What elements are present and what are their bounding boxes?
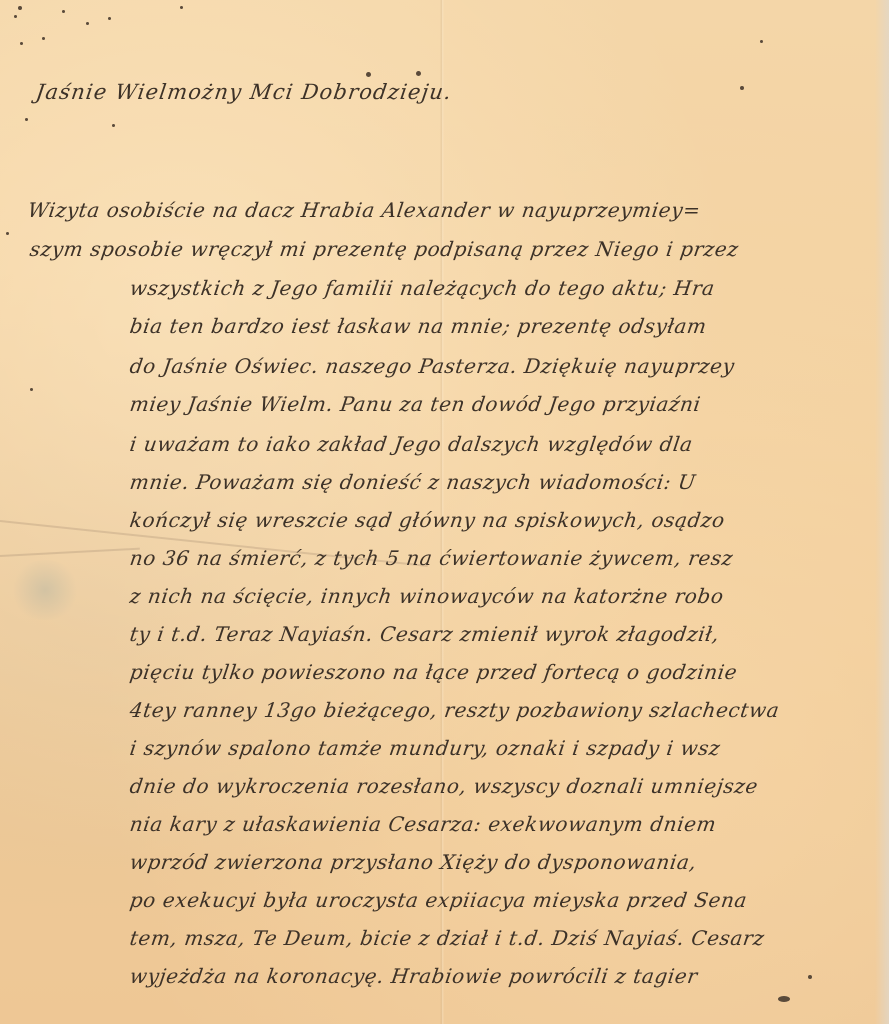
foxing-speck	[20, 42, 23, 45]
text-line: 4tey ranney 13go bieżącego, reszty pozba…	[128, 698, 781, 722]
foxing-speck	[30, 388, 33, 391]
foxing-speck	[760, 40, 763, 43]
text-line: Wizyta osobiście na dacz Hrabia Alexande…	[26, 198, 702, 222]
paper-stain	[10, 560, 80, 620]
text-line: do Jaśnie Oświec. naszego Pasterza. Dzię…	[128, 354, 736, 378]
foxing-speck	[42, 37, 45, 40]
text-line: i uważam to iako zakład Jego dalszych wz…	[128, 432, 694, 456]
foxing-speck	[86, 22, 89, 25]
text-line: szym sposobie wręczył mi prezentę podpis…	[28, 237, 740, 261]
foxing-speck	[14, 15, 17, 18]
foxing-speck	[740, 86, 744, 90]
foxing-speck	[416, 71, 421, 76]
ink-blot	[778, 996, 790, 1002]
foxing-speck	[18, 6, 22, 10]
foxing-speck	[180, 6, 183, 9]
text-line: no 36 na śmierć, z tych 5 na ćwiertowani…	[128, 546, 734, 570]
foxing-speck	[366, 72, 371, 77]
text-line: dnie do wykroczenia rozesłano, wszyscy d…	[128, 774, 759, 798]
foxing-speck	[25, 118, 28, 121]
paper-right-edge	[875, 0, 889, 1024]
text-line: kończył się wreszcie sąd główny na spisk…	[128, 508, 726, 532]
text-line: wprzód zwierzona przysłano Xięży do dysp…	[128, 850, 698, 874]
foxing-speck	[108, 17, 111, 20]
text-line: pięciu tylko powieszono na łące przed fo…	[128, 660, 739, 684]
text-line: miey Jaśnie Wielm. Panu za ten dowód Jeg…	[128, 392, 702, 416]
text-line: wszystkich z Jego familii należących do …	[128, 276, 716, 300]
text-line: i szynów spalono tamże mundury, oznaki i…	[128, 736, 722, 760]
text-line: nia kary z ułaskawienia Cesarza: exekwow…	[128, 812, 718, 836]
text-line: po exekucyi była uroczysta expiiacya mie…	[128, 888, 749, 912]
foxing-speck	[6, 232, 9, 235]
foxing-speck	[112, 124, 115, 127]
salutation: Jaśnie Wielmożny Mci Dobrodzieju.	[34, 80, 453, 104]
text-line: ty i t.d. Teraz Nayiaśn. Cesarz zmienił …	[128, 622, 721, 646]
foxing-speck	[808, 975, 812, 979]
foxing-speck	[62, 10, 65, 13]
text-line: bia ten bardzo iest łaskaw na mnie; prez…	[128, 314, 708, 338]
text-line: z nich na ścięcie, innych winowayców na …	[128, 584, 725, 608]
text-line: wyjeżdża na koronacyę. Hrabiowie powróci…	[128, 964, 699, 988]
text-line: mnie. Poważam się donieść z naszych wiad…	[128, 470, 697, 494]
text-line: tem, msza, Te Deum, bicie z dział i t.d.…	[128, 926, 766, 950]
